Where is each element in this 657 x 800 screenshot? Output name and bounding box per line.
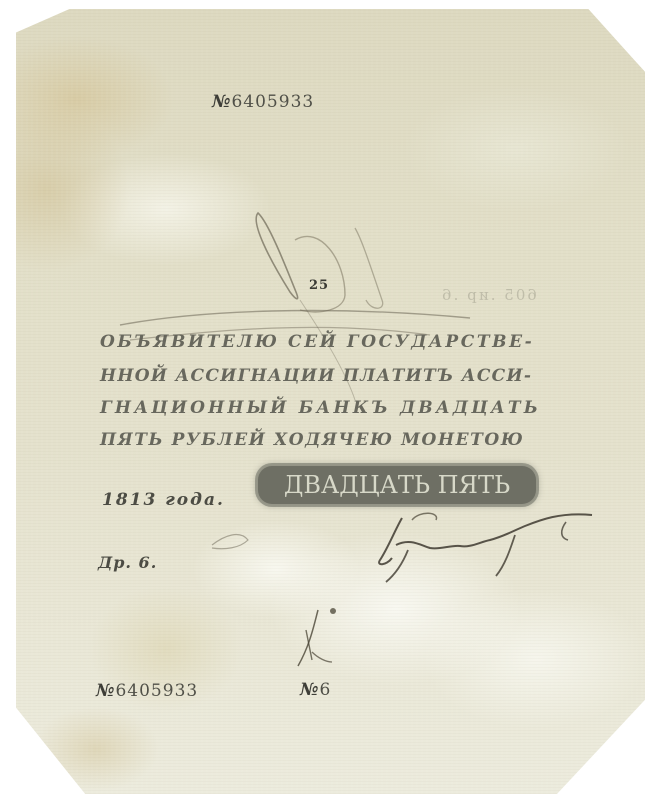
- serial-number-top: №6405933: [212, 92, 314, 112]
- sheet-digit: 6: [319, 680, 331, 700]
- body-line-4: пять рублей ходячею монетою: [100, 430, 524, 450]
- serial-digits: 6405933: [231, 92, 314, 112]
- banknote-scan: 605 .ир .6 №6405933 25 Объявителю сей го…: [0, 0, 657, 800]
- bleedthrough-text: 605 .ир .6: [440, 286, 537, 304]
- numero-sign: №: [300, 680, 319, 700]
- series-note: Др. 6.: [98, 553, 157, 572]
- serial-digits: 6405933: [115, 681, 198, 701]
- issue-year: 1813 года.: [102, 490, 225, 510]
- body-line-3: гнационный банкъ двадцать: [100, 398, 541, 418]
- numero-sign: №: [96, 681, 115, 701]
- body-line-2: нной ассигнации платитъ асси-: [100, 366, 532, 386]
- denomination-stamp: ДВАДЦАТЬ ПЯТЬ: [258, 466, 536, 504]
- sheet-number: №6: [300, 680, 331, 700]
- denomination-stamp-text: ДВАДЦАТЬ ПЯТЬ: [284, 471, 510, 499]
- numero-sign: №: [212, 92, 231, 112]
- denomination-small: 25: [309, 278, 329, 293]
- serial-number-bottom: №6405933: [96, 681, 198, 701]
- body-line-1: Объявителю сей государстве-: [100, 332, 534, 352]
